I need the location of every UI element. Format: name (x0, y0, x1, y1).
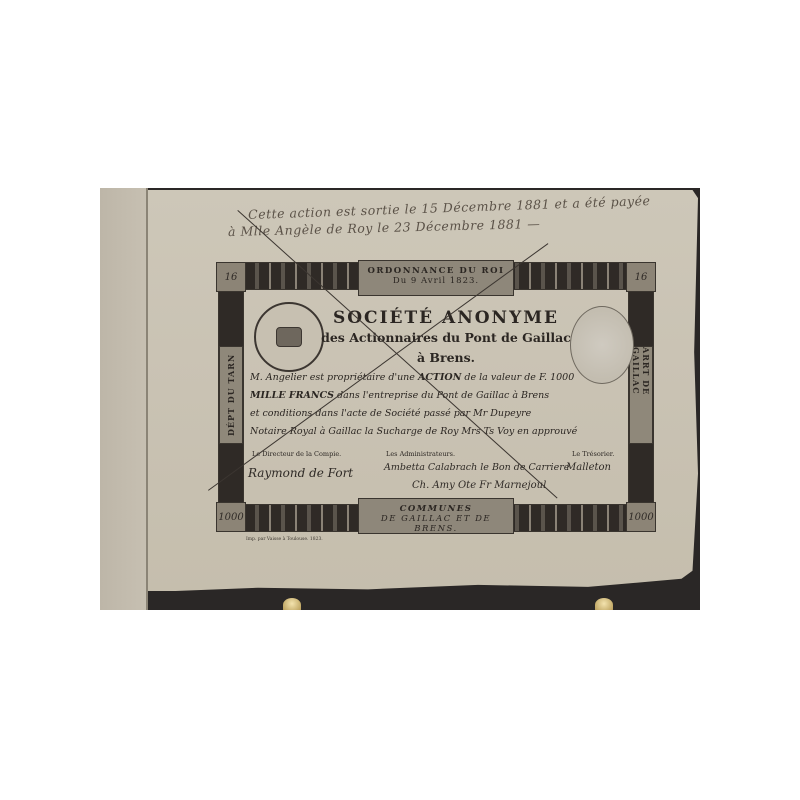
certificate-paper: Cette action est sortie le 15 Décembre 1… (148, 190, 698, 595)
seal-emblem-icon (276, 327, 302, 347)
administrator-signature-2: Ch. Amy Ote Fr Marnejoul (412, 480, 546, 491)
communes-title: COMMUNES (359, 504, 513, 514)
brass-pin-left (283, 598, 301, 610)
holder-text: M. Angelier est propriétaire d'une (250, 372, 415, 383)
corner-number-top-left: 16 (216, 262, 246, 292)
treasurer-signature: Malleton (566, 462, 611, 473)
printer-imprint: Imp. par Vaisse à Toulouse. 1823. (246, 537, 323, 542)
treasurer-label: Le Trésorier. (572, 450, 614, 458)
communes-box: COMMUNES DE GAILLAC ET DE BRENS. (358, 498, 514, 534)
administrators-label: Les Administrateurs. (386, 450, 455, 458)
amount-words: MILLE FRANCS (250, 390, 334, 401)
company-subtitle: des Actionnaires du Pont de Gaillac (316, 330, 576, 345)
ordonnance-title: ORDONNANCE DU ROI (359, 266, 513, 276)
corner-number-bottom-right: 1000 (626, 502, 656, 532)
communes-names: DE GAILLAC ET DE BRENS. (359, 514, 513, 534)
administrator-signature-1: Ambetta Calabrach le Bon de Carriere (384, 462, 569, 473)
fold-line (146, 188, 148, 610)
director-signature: Raymond de Fort (248, 466, 353, 480)
certificate-photo: Cette action est sortie le 15 Décembre 1… (100, 188, 700, 610)
department-label: DÉPT DU TARN (219, 346, 243, 444)
certificate-frame: 16 16 1000 1000 DÉPT DU TARN ARRT DE GAI… (216, 262, 656, 532)
company-location: à Brens. (326, 350, 566, 365)
corner-number-bottom-left: 1000 (216, 502, 246, 532)
director-label: Le Directeur de la Compie. (252, 450, 341, 458)
arrondissement-label: ARRT DE GAILLAC (629, 346, 653, 444)
left-page-stub (100, 188, 148, 610)
brass-pin-right (595, 598, 613, 610)
corner-number-top-right: 16 (626, 262, 656, 292)
body-line-2: MILLE FRANCS dans l'entreprise du Pont d… (250, 390, 622, 401)
body-line-1: M. Angelier est propriétaire d'une ACTIO… (250, 372, 622, 383)
company-seal-icon (254, 302, 324, 372)
ordonnance-box: ORDONNANCE DU ROI Du 9 Avril 1823. (358, 260, 514, 296)
value-text: de la valeur de F. 1000 (464, 372, 574, 383)
body-line-4: Notaire Royal à Gaillac la Sucharge de R… (250, 426, 622, 437)
